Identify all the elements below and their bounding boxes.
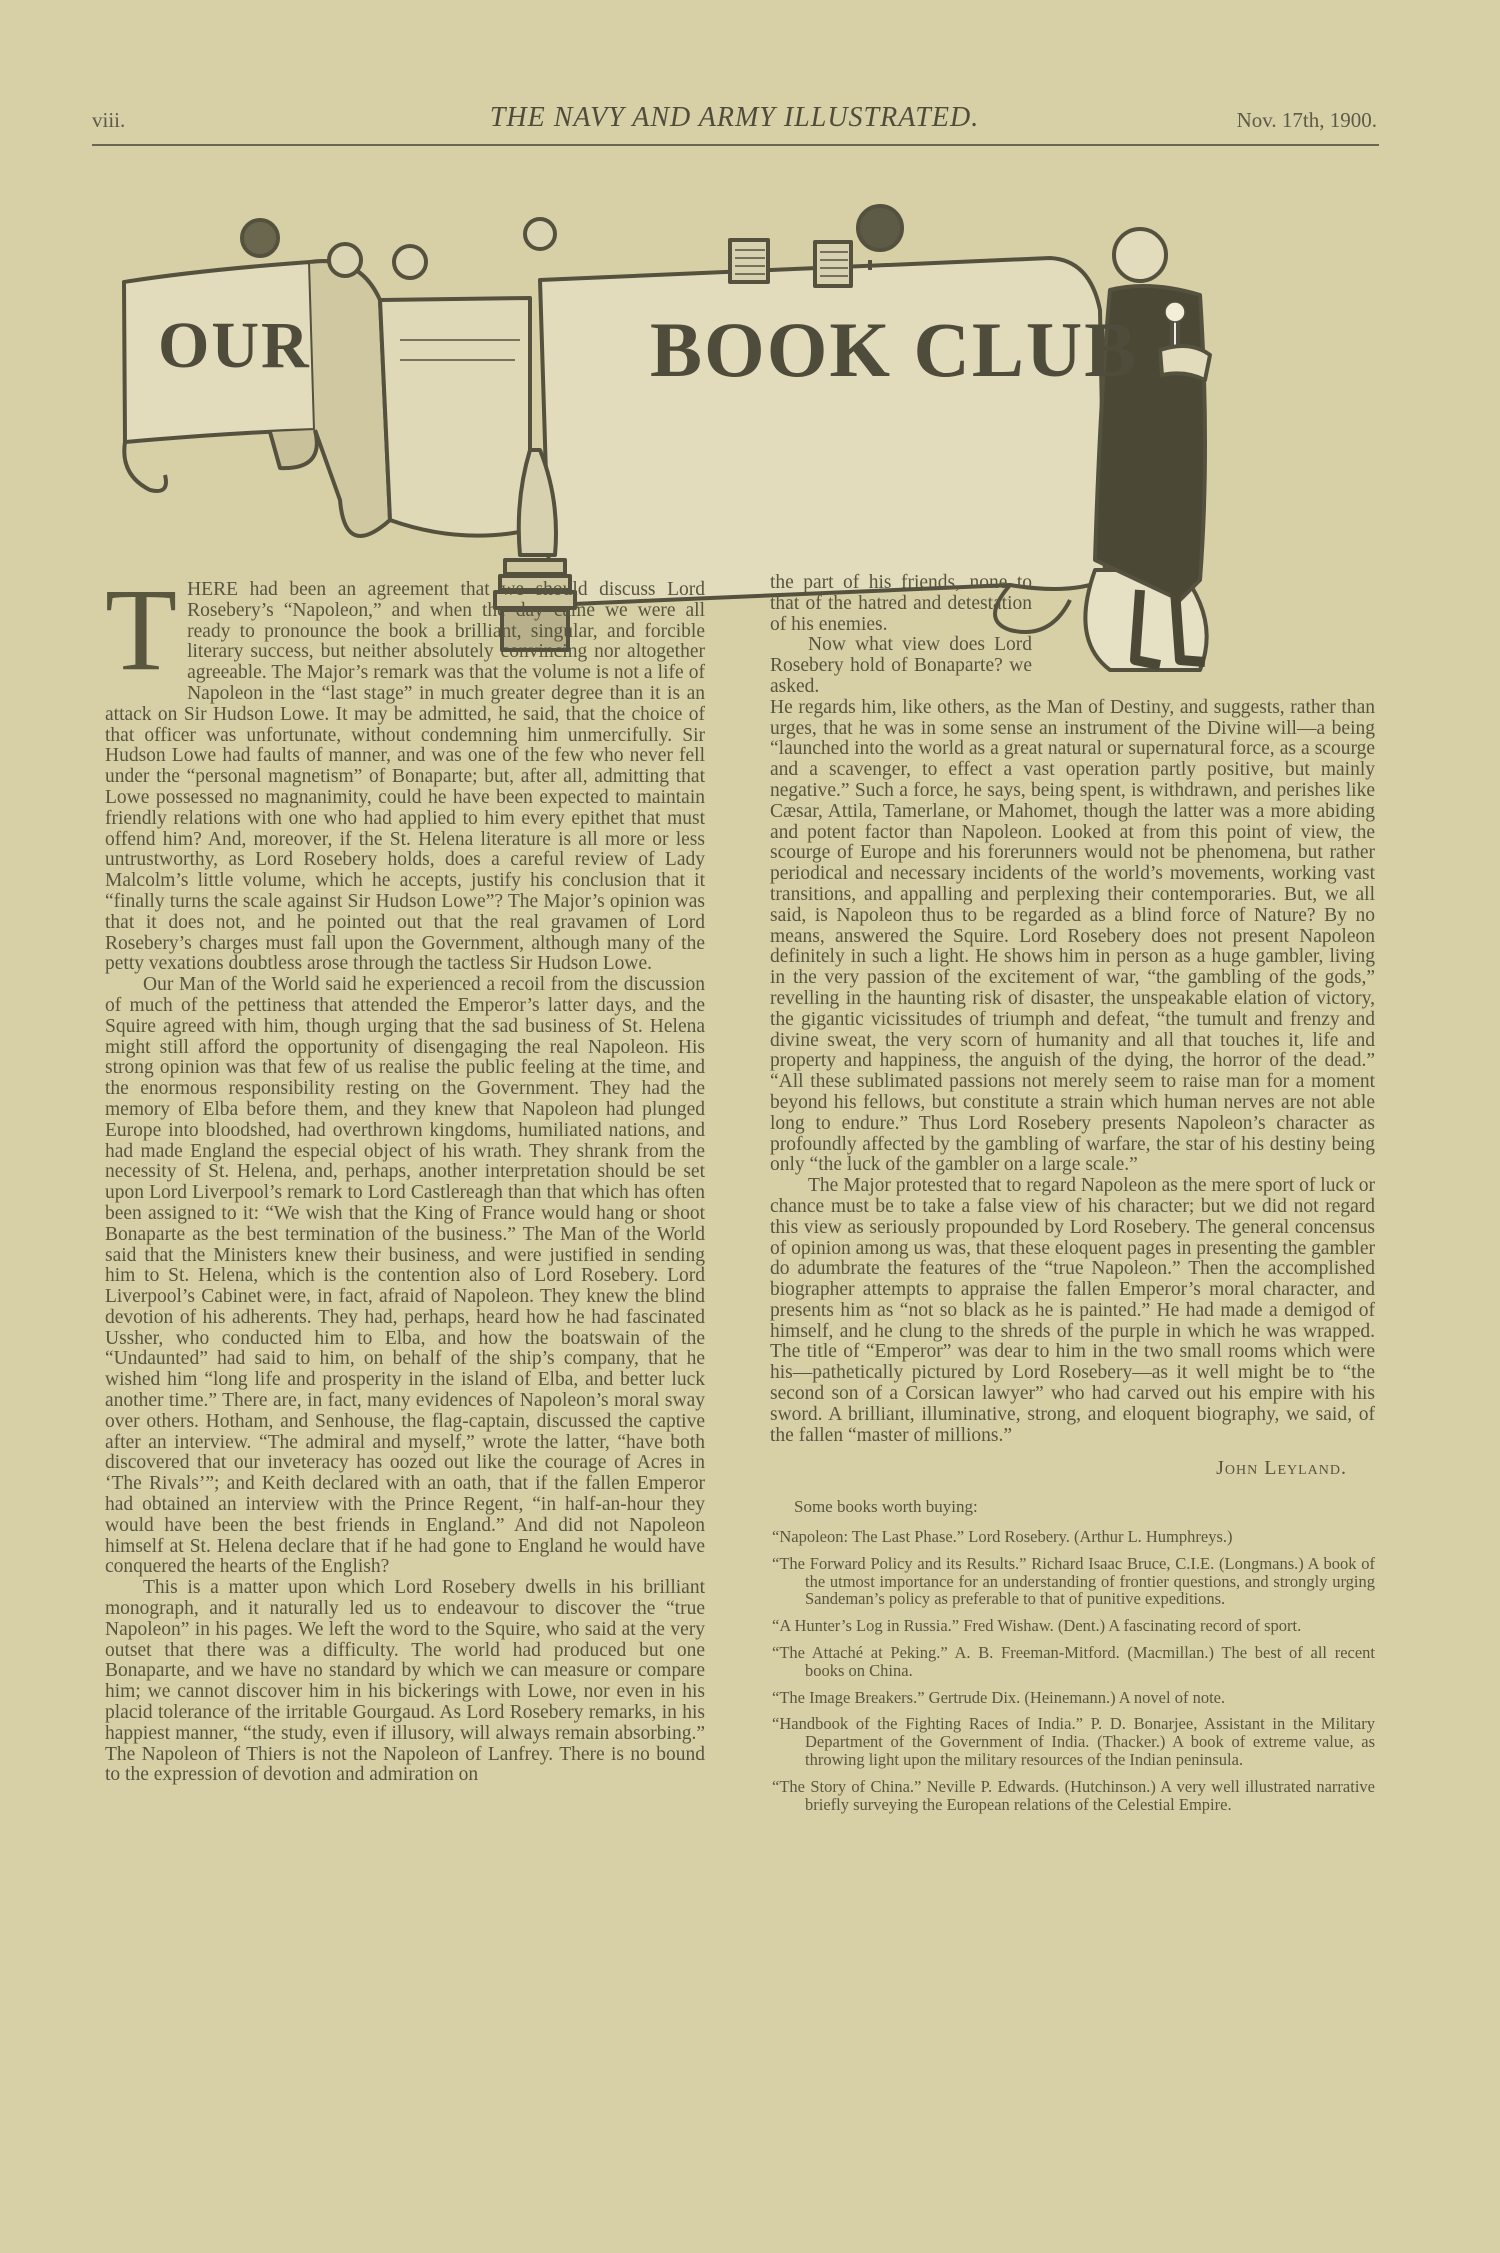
right-column-intro: the part of his friends, none to that of… [770,573,1032,698]
publication-title: THE NAVY AND ARMY ILLUSTRATED. [92,102,1377,134]
books-list-heading: Some books worth buying: [794,1497,1375,1518]
header-rule [92,144,1379,146]
article-right-column: the part of his friends, none to that of… [770,573,1375,1822]
page-header: viii. THE NAVY AND ARMY ILLUSTRATED. Nov… [92,100,1377,140]
article-paragraph: Our Man of the World said he experienced… [105,975,705,1578]
book-entry: “The Story of China.” Neville P. Edwards… [770,1778,1375,1814]
issue-date: Nov. 17th, 1900. [1237,108,1377,133]
drop-cap: T [105,586,177,690]
article-paragraph: The Major protested that to regard Napol… [770,1176,1375,1446]
book-entry: “The Forward Policy and its Results.” Ri… [770,1555,1375,1608]
book-entry: “Napoleon: The Last Phase.” Lord Roseber… [770,1528,1375,1546]
banner-word-book-club: BOOK CLUB [650,305,1138,395]
article-paragraph: THERE had been an agreement that we shou… [105,580,705,975]
article-paragraph: Now what view does Lord Rosebery hold of… [770,635,1032,697]
author-signature: John Leyland. [770,1458,1347,1479]
article-paragraph: the part of his friends, none to that of… [770,573,1032,635]
book-entry: “Handbook of the Fighting Races of India… [770,1715,1375,1768]
article-paragraph: He regards him, like others, as the Man … [770,698,1375,1176]
article-left-column: THERE had been an agreement that we shou… [105,580,705,1786]
books-list: “Napoleon: The Last Phase.” Lord Roseber… [770,1528,1375,1813]
book-entry: “The Attaché at Peking.” A. B. Freeman-M… [770,1644,1375,1680]
article-paragraph: This is a matter upon which Lord Roseber… [105,1578,705,1786]
book-entry: “A Hunter’s Log in Russia.” Fred Wishaw.… [770,1617,1375,1635]
banner-word-our: OUR [158,308,311,384]
book-entry: “The Image Breakers.” Gertrude Dix. (Hei… [770,1689,1375,1707]
